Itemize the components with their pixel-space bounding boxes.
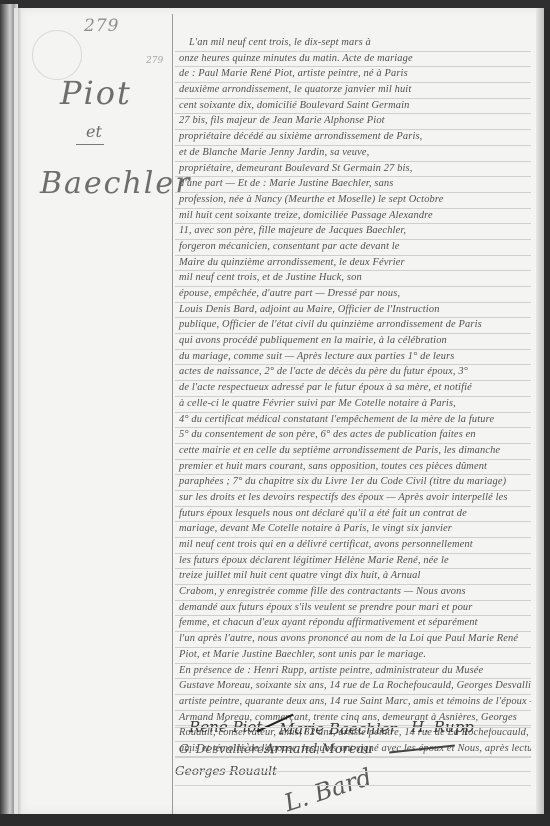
record-line: cent soixante dix, domicilié Boulevard S… <box>175 99 531 115</box>
ruled-line <box>175 785 531 786</box>
page-right-edge <box>536 8 544 814</box>
signatures-block: René Piot Marie Baechler H. Rupp G. Desv… <box>175 716 531 806</box>
record-line: forgeron mécanicien, consentant par acte… <box>175 240 531 256</box>
record-line: L'an mil neuf cent trois, le dix-sept ma… <box>175 36 531 52</box>
record-line: Piot, et Marie Justine Baechler, sont un… <box>175 648 531 664</box>
record-line: cette mairie et en celle du septième arr… <box>175 444 531 460</box>
record-line: du mariage, comme suit — Après lecture a… <box>175 350 531 366</box>
signature-bride: Marie Baechler <box>279 720 397 738</box>
margin-conjunction: et <box>86 122 102 141</box>
record-line: publique, Officier de l'état civil du qu… <box>175 318 531 334</box>
record-line: de l'acte respectueux adressé par le fut… <box>175 381 531 397</box>
record-line: d'une part — Et de : Marie Justine Baech… <box>175 177 531 193</box>
record-line: treize juillet mil huit cent quatre ving… <box>175 569 531 585</box>
record-line: femme, et chacun d'eux ayant répondu aff… <box>175 616 531 632</box>
record-line: mil neuf cent trois qui en a délivré cer… <box>175 538 531 554</box>
ruled-line <box>175 741 531 742</box>
record-line: onze heures quinze minutes du matin. Act… <box>175 52 531 68</box>
record-line: de : Paul Marie René Piot, artiste peint… <box>175 67 531 83</box>
record-line: Crabom, y enregistrée comme fille des co… <box>175 585 531 601</box>
record-line: deuxième arrondissement, le quatorze jan… <box>175 83 531 99</box>
record-line: à celle-ci le quatre Février suivi par M… <box>175 397 531 413</box>
record-line: mariage, devant Me Cotelle notaire à Par… <box>175 522 531 538</box>
margin-underline <box>76 144 104 145</box>
signature-witness-desvallieres: G. Desvallières <box>179 742 270 756</box>
ruled-line <box>175 727 531 728</box>
page-number-secondary: 279 <box>146 56 163 66</box>
record-line: 4° du certificat médical constatant l'em… <box>175 413 531 429</box>
record-line: propriétaire, demeurant Boulevard St Ger… <box>175 162 531 178</box>
record-line: mil huit cent soixante treize, domicilié… <box>175 209 531 225</box>
record-line: épouse, empêchée, d'autre part — Dressé … <box>175 287 531 303</box>
record-line: demandé aux futurs époux s'ils veulent s… <box>175 601 531 617</box>
signature-dash <box>389 745 455 754</box>
scan-bottom-border <box>0 814 550 826</box>
page-number: 279 <box>84 16 119 36</box>
record-line: actes de naissance, 2° de l'acte de décè… <box>175 365 531 381</box>
record-line: paraphées ; 7° du chapitre six du Livre … <box>175 475 531 491</box>
record-line: et de Blanche Marie Jenny Jardin, sa veu… <box>175 146 531 162</box>
record-line: l'un après l'autre, nous avons prononcé … <box>175 632 531 648</box>
record-line: les futurs époux déclarent légitimer Hél… <box>175 554 531 570</box>
record-line: propriétaire décédé au sixième arrondiss… <box>175 130 531 146</box>
record-line: 11, avec son père, fille majeure de Jacq… <box>175 224 531 240</box>
page-gutter <box>18 8 22 814</box>
record-line: sur les droits et les devoirs respectifs… <box>175 491 531 507</box>
ruled-line <box>175 756 531 757</box>
margin-bride-surname: Baechler <box>40 166 192 201</box>
faded-seal-stamp <box>32 30 82 80</box>
record-line: 27 bis, fils majeur de Jean Marie Alphon… <box>175 114 531 130</box>
record-line: Louis Denis Bard, adjoint au Maire, Offi… <box>175 303 531 319</box>
record-line: Maire du quinzième arrondissement, le de… <box>175 256 531 272</box>
record-line: futurs époux lesquels nous ont déclaré q… <box>175 507 531 523</box>
record-line: profession, née à Nancy (Meurthe et Mose… <box>175 193 531 209</box>
record-line: Gustave Moreau, soixante six ans, 14 rue… <box>175 679 531 695</box>
marriage-record-text: L'an mil neuf cent trois, le dix-sept ma… <box>175 36 531 758</box>
signature-witness-moreau: Armand Moreau <box>265 742 373 757</box>
record-line: premier et huit mars courant, sans oppos… <box>175 460 531 476</box>
margin-groom-surname: Piot <box>60 74 132 112</box>
record-line: qui avons procédé publiquement en la mai… <box>175 334 531 350</box>
margin-rule <box>172 14 173 814</box>
record-line: mil neuf cent trois, et de Justine Huck,… <box>175 271 531 287</box>
record-line: artiste peintre, quarante deux ans, 14 r… <box>175 695 531 711</box>
record-line: 5° du consentement de son père, 6° des a… <box>175 428 531 444</box>
ruled-line <box>175 771 531 772</box>
record-line: En présence de : Henri Rupp, artiste pei… <box>175 664 531 680</box>
